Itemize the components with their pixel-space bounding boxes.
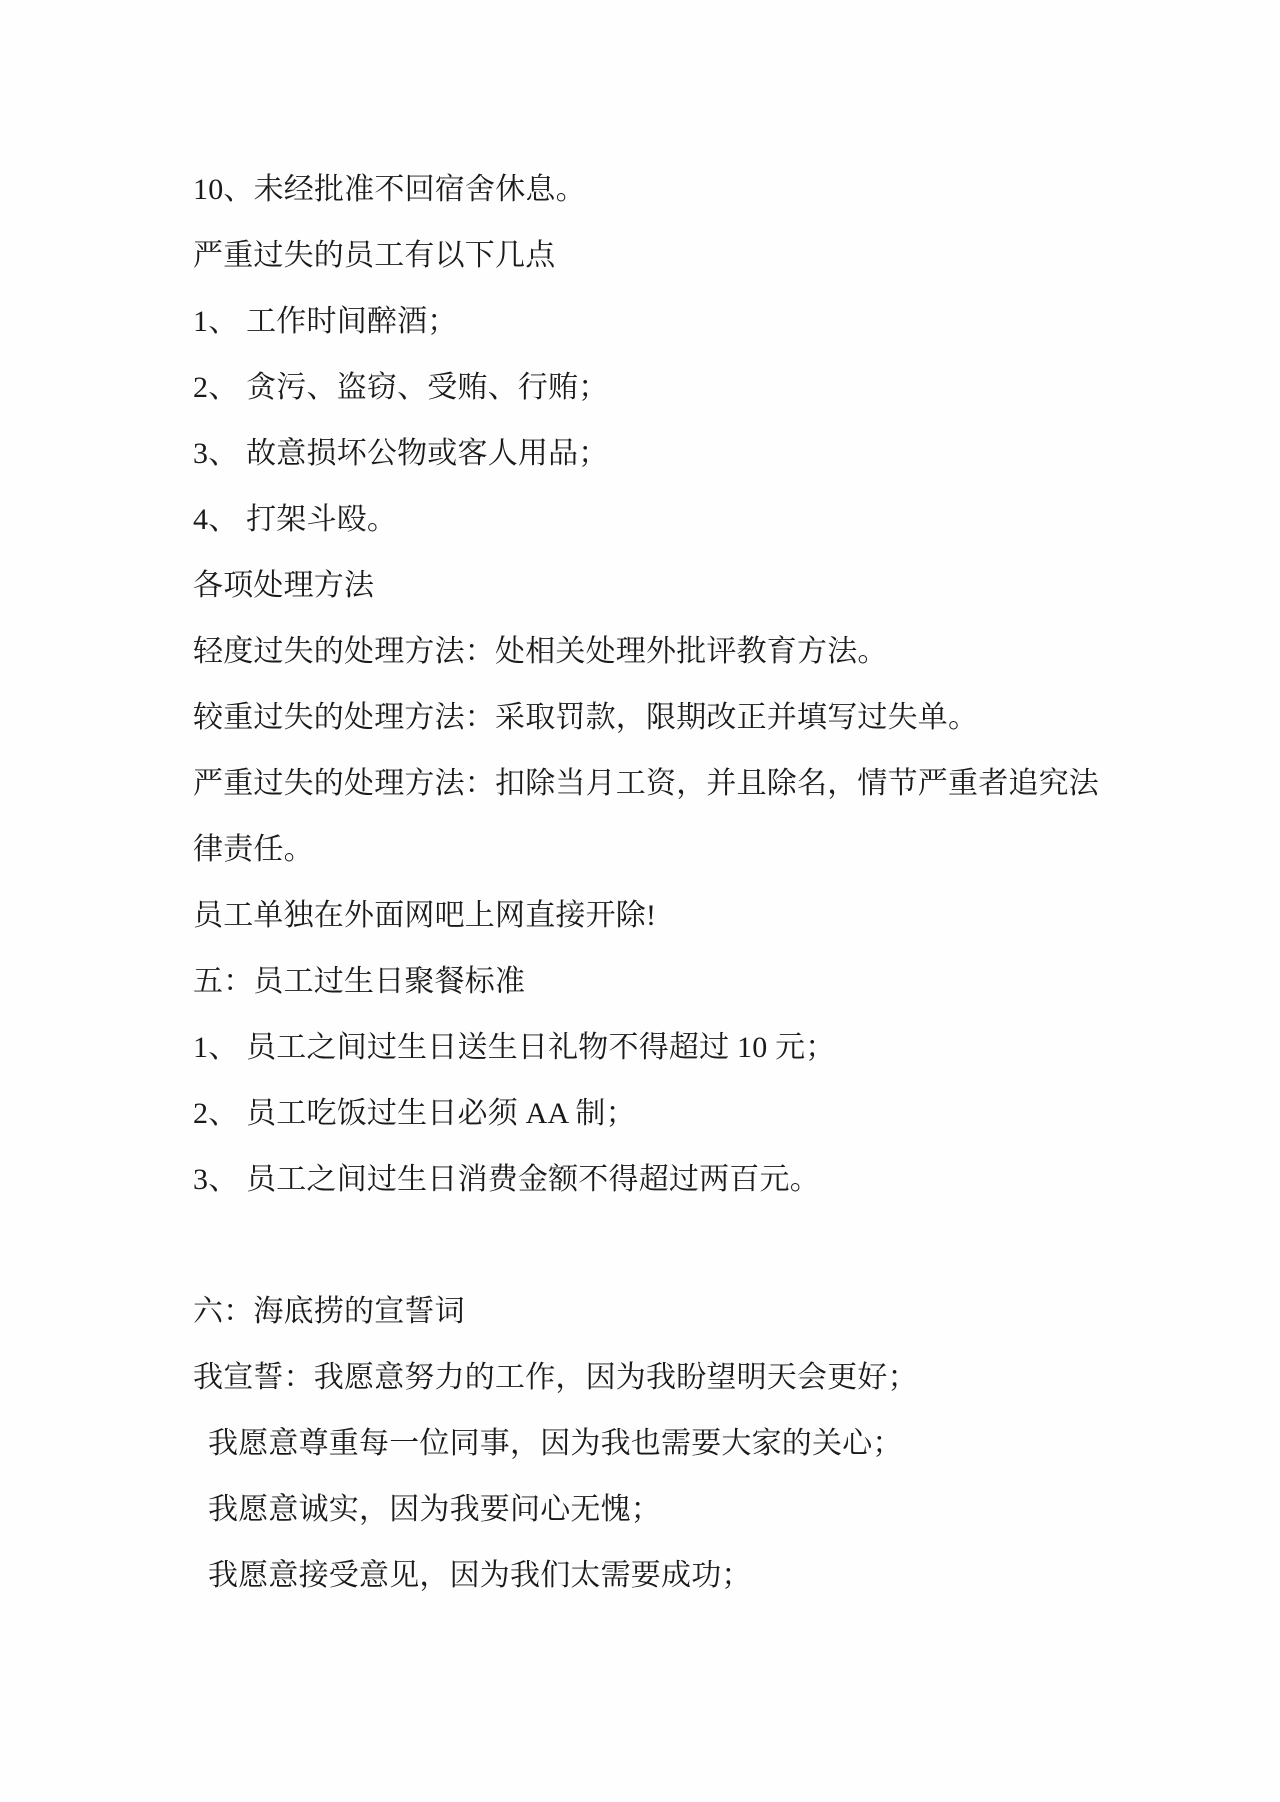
document-line: 我宣誓：我愿意努力的工作，因为我盼望明天会更好； <box>193 1345 1113 1411</box>
document-page: 10、未经批准不回宿舍休息。严重过失的员工有以下几点1、 工作时间醉酒；2、 贪… <box>0 0 1280 1802</box>
document-line: 较重过失的处理方法：采取罚款，限期改正并填写过失单。 <box>193 685 1113 751</box>
document-line: 我愿意尊重每一位同事，因为我也需要大家的关心； <box>193 1411 1113 1477</box>
document-line: 各项处理方法 <box>193 553 1113 619</box>
document-line: 2、 员工吃饭过生日必须 AA 制； <box>193 1081 1113 1147</box>
document-line: 六：海底捞的宣誓词 <box>193 1279 1113 1345</box>
document-line: 员工单独在外面网吧上网直接开除! <box>193 883 1113 949</box>
document-line: 1、 员工之间过生日送生日礼物不得超过 10 元； <box>193 1015 1113 1081</box>
document-content: 10、未经批准不回宿舍休息。严重过失的员工有以下几点1、 工作时间醉酒；2、 贪… <box>193 157 1113 1609</box>
document-line: 我愿意接受意见，因为我们太需要成功； <box>193 1543 1113 1609</box>
document-line: 严重过失的员工有以下几点 <box>193 223 1113 289</box>
document-line: 严重过失的处理方法：扣除当月工资，并且除名，情节严重者追究法 <box>193 751 1113 817</box>
document-line: 五：员工过生日聚餐标准 <box>193 949 1113 1015</box>
document-line: 10、未经批准不回宿舍休息。 <box>193 157 1113 223</box>
document-line: 律责任。 <box>193 817 1113 883</box>
document-line: 2、 贪污、盗窃、受贿、行贿； <box>193 355 1113 421</box>
document-line: 4、 打架斗殴。 <box>193 487 1113 553</box>
document-line: 3、 员工之间过生日消费金额不得超过两百元。 <box>193 1147 1113 1213</box>
document-blank-line <box>193 1213 1113 1279</box>
document-line: 我愿意诚实，因为我要问心无愧； <box>193 1477 1113 1543</box>
document-line: 3、 故意损坏公物或客人用品； <box>193 421 1113 487</box>
document-line: 轻度过失的处理方法：处相关处理外批评教育方法。 <box>193 619 1113 685</box>
document-line: 1、 工作时间醉酒； <box>193 289 1113 355</box>
